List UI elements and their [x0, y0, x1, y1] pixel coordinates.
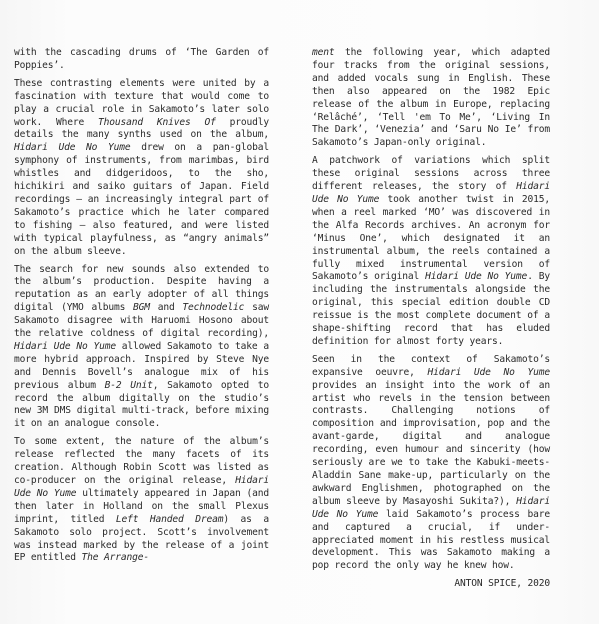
- text-run: To some extent, the nature of the album’…: [14, 436, 269, 486]
- author-signature: ANTON SPICE, 2020: [312, 578, 550, 591]
- paragraph: Seen in the context of Sakamoto’s expans…: [312, 354, 550, 573]
- text-run: the following year, which adapted four t…: [312, 47, 550, 148]
- paragraph: ment the following year, which adapted f…: [312, 47, 550, 150]
- italic-title: Hidari Ude No Yume: [14, 341, 116, 352]
- paragraph: These contrasting elements were united b…: [14, 78, 269, 259]
- paragraph: The search for new sounds also extended …: [14, 264, 269, 432]
- text-run: A patchwork of variations which split th…: [312, 155, 550, 192]
- italic-title: Hidari Ude No Yume: [425, 271, 527, 282]
- text-run: and: [150, 302, 182, 313]
- text-run: took another twist in 2015, when a reel …: [312, 194, 550, 282]
- right-column: ment the following year, which adapted f…: [312, 47, 550, 596]
- italic-title: Left Handed Dream: [116, 514, 224, 525]
- text-run: . By including the instrumentals alongsi…: [312, 271, 550, 347]
- italic-title: B-2 Unit: [105, 380, 153, 391]
- left-column: with the cascading drums of ‘The Garden …: [14, 47, 269, 570]
- italic-title: Technodelic: [182, 302, 244, 313]
- italic-title: The Arrange-: [82, 552, 150, 563]
- italic-title: Thousand Knives Of: [98, 117, 216, 128]
- paragraph: A patchwork of variations which split th…: [312, 155, 550, 349]
- text-run: provides an insight into the work of an …: [312, 380, 550, 507]
- italic-title: Hidari Ude No Yume: [14, 142, 131, 153]
- text-run: with the cascading drums of ‘The Garden …: [14, 47, 269, 71]
- paragraph: with the cascading drums of ‘The Garden …: [14, 47, 269, 73]
- liner-notes-page: with the cascading drums of ‘The Garden …: [0, 0, 599, 624]
- paragraph: To some extent, the nature of the album’…: [14, 436, 269, 565]
- text-run: drew on a pan-global symphony of instrum…: [14, 142, 269, 256]
- italic-title: BGM: [133, 302, 150, 313]
- italic-title: ment: [312, 47, 335, 58]
- italic-title: Hidari Ude No Yume: [427, 367, 550, 378]
